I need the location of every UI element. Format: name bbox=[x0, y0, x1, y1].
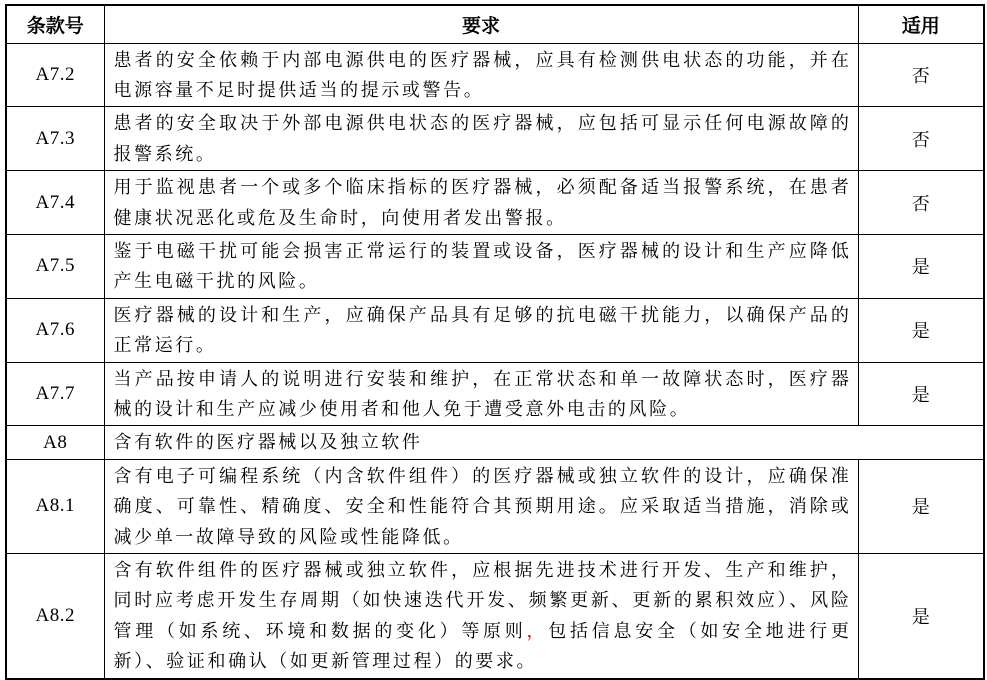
table-header-row: 条款号 要求 适用 bbox=[6, 5, 984, 43]
table-row-a7-3: A7.3 患者的安全取决于外部电源供电状态的医疗器械，应包括可显示任何电源故障的… bbox=[6, 107, 984, 171]
compliance-requirements-table: 条款号 要求 适用 A7.2 患者的安全依赖于内部电源供电的医疗器械，应具有检测… bbox=[5, 4, 985, 657]
requirement-cell: 含有电子可编程系统（内含软件组件）的医疗器械或独立软件的设计，应确保准确度、可靠… bbox=[104, 459, 858, 553]
table-row-a8-1: A8.1 含有电子可编程系统（内含软件组件）的医疗器械或独立软件的设计，应确保准… bbox=[6, 459, 984, 553]
header-requirement: 要求 bbox=[104, 5, 858, 43]
header-clause-number: 条款号 bbox=[6, 5, 104, 43]
clause-cell: A7.2 bbox=[6, 43, 104, 107]
applicable-cell: 是 bbox=[858, 362, 984, 426]
clause-cell: A7.4 bbox=[6, 171, 104, 235]
clause-cell: A7.7 bbox=[6, 362, 104, 426]
table-row-a8-2: A8.2 含有软件组件的医疗器械或独立软件，应根据先进技术进行开发、生产和维护，… bbox=[6, 554, 984, 658]
applicable-cell: 否 bbox=[858, 171, 984, 235]
table-row-a7-4: A7.4 用于监视患者一个或多个临床指标的医疗器械，必须配备适当报警系统，在患者… bbox=[6, 171, 984, 235]
requirement-cell-merged: 含有软件的医疗器械以及独立软件 bbox=[104, 426, 984, 459]
requirement-cell: 用于监视患者一个或多个临床指标的医疗器械，必须配备适当报警系统，在患者健康状况恶… bbox=[104, 171, 858, 235]
clause-cell: A8.2 bbox=[6, 554, 104, 658]
applicable-cell: 是 bbox=[858, 459, 984, 553]
requirement-cell: 当产品按申请人的说明进行安装和维护，在正常状态和单一故障状态时，医疗器械的设计和… bbox=[104, 362, 858, 426]
requirement-cell: 患者的安全依赖于内部电源供电的医疗器械，应具有检测供电状态的功能，并在电源容量不… bbox=[104, 43, 858, 107]
table-row-a8: A8 含有软件的医疗器械以及独立软件 bbox=[6, 426, 984, 459]
clause-cell: A8.1 bbox=[6, 459, 104, 553]
table-row-a7-7: A7.7 当产品按申请人的说明进行安装和维护，在正常状态和单一故障状态时，医疗器… bbox=[6, 362, 984, 426]
applicable-cell: 是 bbox=[858, 298, 984, 362]
table-row-a7-2: A7.2 患者的安全依赖于内部电源供电的医疗器械，应具有检测供电状态的功能，并在… bbox=[6, 43, 984, 107]
red-comma-mark: ， bbox=[527, 621, 549, 641]
clause-cell: A8 bbox=[6, 426, 104, 459]
table-row-a7-5: A7.5 鉴于电磁干扰可能会损害正常运行的装置或设备，医疗器械的设计和生产应降低… bbox=[6, 234, 984, 298]
header-applicable: 适用 bbox=[858, 5, 984, 43]
requirement-cell: 患者的安全取决于外部电源供电状态的医疗器械，应包括可显示任何电源故障的报警系统。 bbox=[104, 107, 858, 171]
applicable-cell: 否 bbox=[858, 107, 984, 171]
clause-cell: A7.6 bbox=[6, 298, 104, 362]
requirement-cell: 含有软件组件的医疗器械或独立软件，应根据先进技术进行开发、生产和维护，同时应考虑… bbox=[104, 554, 858, 658]
applicable-cell: 否 bbox=[858, 43, 984, 107]
applicable-cell: 是 bbox=[858, 554, 984, 658]
clause-cell: A7.5 bbox=[6, 234, 104, 298]
table-row-a7-6: A7.6 医疗器械的设计和生产，应确保产品具有足够的抗电磁干扰能力，以确保产品的… bbox=[6, 298, 984, 362]
requirement-cell: 鉴于电磁干扰可能会损害正常运行的装置或设备，医疗器械的设计和生产应降低产生电磁干… bbox=[104, 234, 858, 298]
clause-cell: A7.3 bbox=[6, 107, 104, 171]
applicable-cell: 是 bbox=[858, 234, 984, 298]
requirement-cell: 医疗器械的设计和生产，应确保产品具有足够的抗电磁干扰能力，以确保产品的正常运行。 bbox=[104, 298, 858, 362]
